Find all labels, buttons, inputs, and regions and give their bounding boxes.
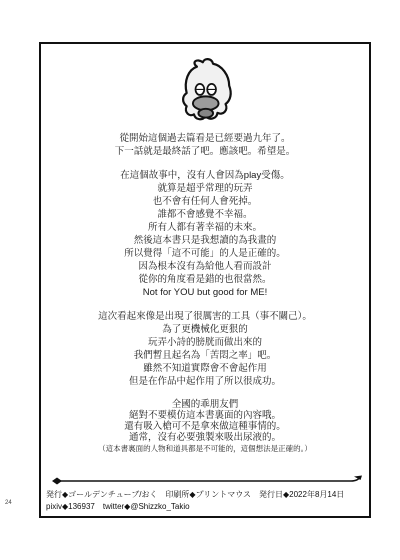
mascot-container — [41, 56, 369, 136]
page-frame: 從開始這個過去篇看是已經要過九年了。 下一話就是最終話了吧。應該吧。希望是。 在… — [39, 42, 371, 518]
text-line: 下一話就是最終話了吧。應該吧。希望是。 — [41, 145, 369, 158]
bird-lower-beak — [198, 109, 213, 118]
text-line: 玩弄小詩的膀胱而做出來的 — [41, 336, 369, 349]
text-line: 所以覺得「這不可能」的人是正確的。 — [41, 247, 369, 260]
text-line: 也不會有任何人會死掉。 — [41, 195, 369, 208]
text-line: 我們暫且起名為「苦悶之率」吧。 — [41, 349, 369, 362]
text-line: Not for YOU but good for ME! — [41, 286, 369, 299]
afterword-text: 從開始這個過去篇看是已經要過九年了。 下一話就是最終話了吧。應該吧。希望是。 在… — [41, 132, 369, 465]
text-line: 這次看起來像是出現了很厲害的工具（事不關己）。 — [41, 310, 369, 323]
text-line: 但是在作品中起作用了所以很成功。 — [41, 375, 369, 388]
text-line: 就算是超乎常理的玩弄 — [41, 182, 369, 195]
text-line: 所有人都有著幸福的未來。 — [41, 221, 369, 234]
text-line: 從你的角度看是錯的也很當然。 — [41, 273, 369, 286]
text-line: 絕對不要模仿這本書裏面的內容哦。 — [41, 410, 369, 421]
footer-divider — [46, 475, 368, 487]
text-line: 然後這本書只是我想讀的為我畫的 — [41, 234, 369, 247]
text-line: 在這個故事中，沒有人會因為play受傷。 — [41, 169, 369, 182]
text-line: 從開始這個過去篇看是已經要過九年了。 — [41, 132, 369, 145]
colophon-contact-line: pixiv◆136937 twitter◆@Shizzko_Takio — [46, 501, 364, 513]
paragraph-tool: 這次看起來像是出現了很厲害的工具（事不關己）。 為了更機械化更狠的 玩弄小詩的膀… — [41, 310, 369, 388]
text-line: 通常，沒有必要強製來吸出尿液的。 — [41, 432, 369, 443]
paragraph-warning: 全國的乖朋友們 絕對不要模仿這本書裏面的內容哦。 還有吸入槍可不是拿來做這種事情… — [41, 399, 369, 454]
text-line: 因為根本沒有為給他人看而設計 — [41, 260, 369, 273]
bird-mascot-icon — [172, 56, 238, 136]
colophon: 発行◆ゴールデンチューブ/おく 印刷所◆プリントマウス 発行日◆2022年8月1… — [46, 475, 364, 512]
text-line: 雖然不知道實際會不會起作用 — [41, 362, 369, 375]
text-line: 全國的乖朋友們 — [41, 399, 369, 410]
paragraph-intro: 從開始這個過去篇看是已經要過九年了。 下一話就是最終話了吧。應該吧。希望是。 — [41, 132, 369, 158]
text-line: 還有吸入槍可不是拿來做這種事情的。 — [41, 421, 369, 432]
text-line: 誰都不會感覺不幸福。 — [41, 208, 369, 221]
text-line: 為了更機械化更狠的 — [41, 323, 369, 336]
paragraph-story-disclaimer: 在這個故事中，沒有人會因為play受傷。 就算是超乎常理的玩弄 也不會有任何人會… — [41, 169, 369, 299]
page-number: 24 — [5, 500, 12, 506]
text-line-small: （這本書裏面的人物和道具都是不可能的，這個想法是正確的。） — [41, 443, 369, 454]
colophon-publisher-line: 発行◆ゴールデンチューブ/おく 印刷所◆プリントマウス 発行日◆2022年8月1… — [46, 489, 364, 501]
